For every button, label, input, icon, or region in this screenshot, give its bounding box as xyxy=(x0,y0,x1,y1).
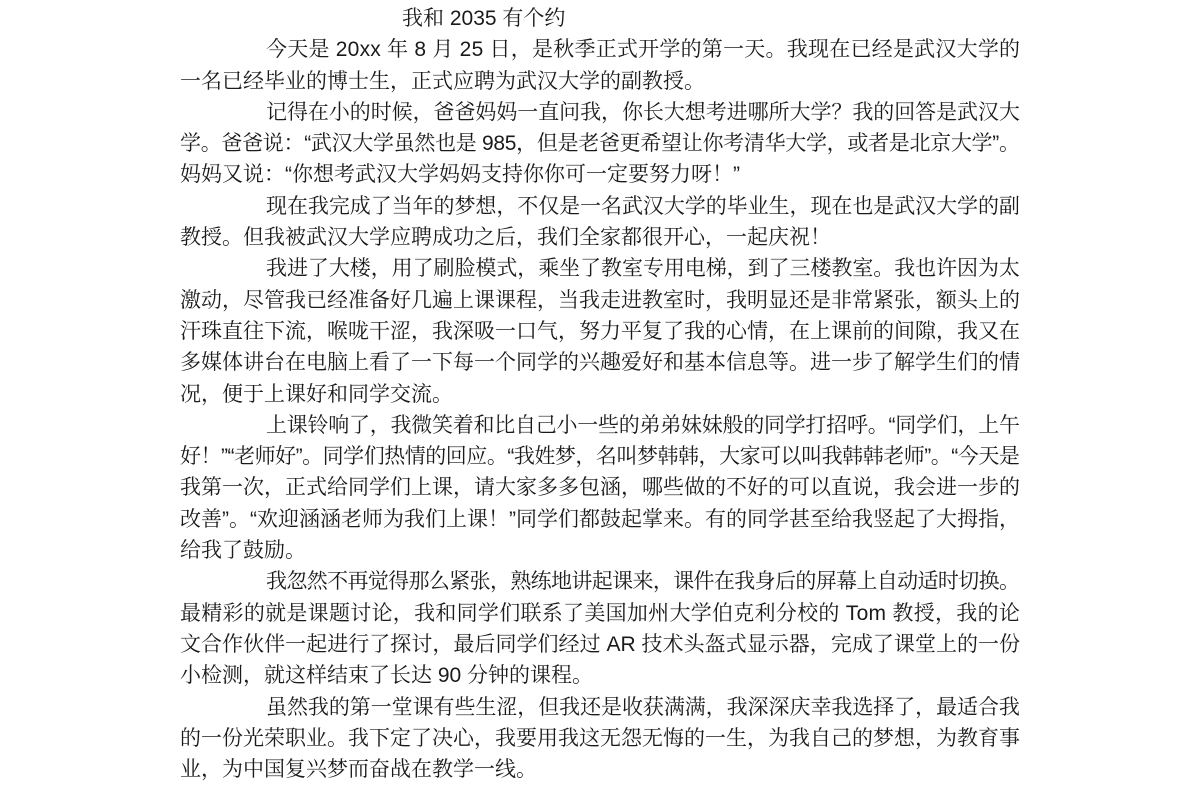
paragraph-line: 记得在小的时候，爸爸妈妈一直问我，你长大想考进哪所大学？我的回答是武汉大 xyxy=(180,97,1020,128)
paragraph-line-text: 我忽然不再觉得那么紧张，熟练地讲起课来，课件在我身后的屏幕上自动适时切换。 xyxy=(266,570,1019,593)
paragraph-line: 汗珠直往下流，喉咙干涩，我深吸一口气，努力平复了我的心情，在上课前的间隙，我又在 xyxy=(180,316,1020,347)
paragraph-line: 小检测，就这样结束了长达 90 分钟的课程。 xyxy=(180,660,1020,691)
paragraph-line: 给我了鼓励。 xyxy=(180,535,1020,566)
paragraph-line-text: 文合作伙伴一起进行了探讨，最后同学们经过 AR 技术头盔式显示器，完成了课堂上的… xyxy=(180,633,1020,656)
paragraph-line-text: 的一份光荣职业。我下定了决心，我要用我这无怨无悔的一生，为我自己的梦想，为教育事 xyxy=(180,727,1020,750)
paragraph-line: 改善”。“欢迎涵涵老师为我们上课！”同学们都鼓起掌来。有的同学甚至给我竖起了大拇… xyxy=(180,504,1020,535)
paragraph-line-text: 妈妈又说：“你想考武汉大学妈妈支持你你可一定要努力呀！” xyxy=(180,163,740,186)
paragraph-line-text: 今天是 20xx 年 8 月 25 日，是秋季正式开学的第一天。我现在已经是武汉… xyxy=(266,38,1020,61)
document-page: 我和 2035 有个约 今天是 20xx 年 8 月 25 日，是秋季正式开学的… xyxy=(0,0,1200,786)
paragraph-line: 我忽然不再觉得那么紧张，熟练地讲起课来，课件在我身后的屏幕上自动适时切换。 xyxy=(180,566,1020,597)
paragraph-line-text: 记得在小的时候，爸爸妈妈一直问我，你长大想考进哪所大学？我的回答是武汉大 xyxy=(266,101,1020,124)
paragraph-line-text: 最精彩的就是课题讨论，我和同学们联系了美国加州大学伯克利分校的 Tom 教授，我… xyxy=(180,602,1020,625)
paragraph-line-text: 上课铃响了，我微笑着和比自己小一些的弟弟妹妹般的同学打招呼。“同学们，上午 xyxy=(266,414,1020,437)
document-title: 我和 2035 有个约 xyxy=(180,3,1020,34)
paragraph-line: 虽然我的第一堂课有些生涩，但我还是收获满满，我深深庆幸我选择了，最适合我 xyxy=(180,692,1020,723)
paragraph-line: 教授。但我被武汉大学应聘成功之后，我们全家都很开心，一起庆祝！ xyxy=(180,222,1020,253)
paragraph-line-text: 我进了大楼，用了刷脸模式，乘坐了教室专用电梯，到了三楼教室。我也许因为太 xyxy=(266,257,1020,280)
paragraph-line-text: 好！”“老师好”。同学们热情的回应。“我姓梦，名叫梦韩韩，大家可以叫我韩韩老师”… xyxy=(180,445,1019,468)
paragraph-line-text: 现在我完成了当年的梦想，不仅是一名武汉大学的毕业生，现在也是武汉大学的副 xyxy=(266,195,1020,218)
paragraph-line-text: 小检测，就这样结束了长达 90 分钟的课程。 xyxy=(180,664,593,687)
paragraph-line: 好！”“老师好”。同学们热情的回应。“我姓梦，名叫梦韩韩，大家可以叫我韩韩老师”… xyxy=(180,441,1020,472)
paragraph-line-text: 激动，尽管我已经准备好几遍上课课程，当我走进教室时，我明显还是非常紧张，额头上的 xyxy=(180,289,1020,312)
paragraph-line: 学。爸爸说：“武汉大学虽然也是 985，但是老爸更希望让你考清华大学，或者是北京… xyxy=(180,128,1020,159)
paragraph-line-text: 学。爸爸说：“武汉大学虽然也是 985，但是老爸更希望让你考清华大学，或者是北京… xyxy=(180,132,1020,155)
paragraph-line-text: 我第一次，正式给同学们上课，请大家多多包涵，哪些做的不好的可以直说，我会进一步的 xyxy=(180,476,1020,499)
paragraph-line: 业，为中国复兴梦而奋战在教学一线。 xyxy=(180,754,1020,785)
paragraph-line-text: 多媒体讲台在电脑上看了一下每一个同学的兴趣爱好和基本信息等。进一步了解学生们的情 xyxy=(180,351,1020,374)
paragraph-line-text: 改善”。“欢迎涵涵老师为我们上课！”同学们都鼓起掌来。有的同学甚至给我竖起了大拇… xyxy=(180,508,1020,531)
document-body: 今天是 20xx 年 8 月 25 日，是秋季正式开学的第一天。我现在已经是武汉… xyxy=(180,34,1020,785)
paragraph-line-text: 业，为中国复兴梦而奋战在教学一线。 xyxy=(180,758,537,781)
paragraph-line-text: 况，便于上课好和同学交流。 xyxy=(180,383,453,406)
paragraph-line: 上课铃响了，我微笑着和比自己小一些的弟弟妹妹般的同学打招呼。“同学们，上午 xyxy=(180,410,1020,441)
paragraph-line: 况，便于上课好和同学交流。 xyxy=(180,379,1020,410)
paragraph-line: 最精彩的就是课题讨论，我和同学们联系了美国加州大学伯克利分校的 Tom 教授，我… xyxy=(180,598,1020,629)
paragraph-line: 现在我完成了当年的梦想，不仅是一名武汉大学的毕业生，现在也是武汉大学的副 xyxy=(180,191,1020,222)
paragraph-line: 今天是 20xx 年 8 月 25 日，是秋季正式开学的第一天。我现在已经是武汉… xyxy=(180,34,1020,65)
paragraph-line: 激动，尽管我已经准备好几遍上课课程，当我走进教室时，我明显还是非常紧张，额头上的 xyxy=(180,285,1020,316)
paragraph-line: 我进了大楼，用了刷脸模式，乘坐了教室专用电梯，到了三楼教室。我也许因为太 xyxy=(180,253,1020,284)
paragraph-line: 的一份光荣职业。我下定了决心，我要用我这无怨无悔的一生，为我自己的梦想，为教育事 xyxy=(180,723,1020,754)
paragraph-line-text: 汗珠直往下流，喉咙干涩，我深吸一口气，努力平复了我的心情，在上课前的间隙，我又在 xyxy=(180,320,1020,343)
paragraph-line-text: 教授。但我被武汉大学应聘成功之后，我们全家都很开心，一起庆祝！ xyxy=(180,226,831,249)
paragraph-line: 妈妈又说：“你想考武汉大学妈妈支持你你可一定要努力呀！” xyxy=(180,159,1020,190)
paragraph-line: 我第一次，正式给同学们上课，请大家多多包涵，哪些做的不好的可以直说，我会进一步的 xyxy=(180,472,1020,503)
paragraph-line: 文合作伙伴一起进行了探讨，最后同学们经过 AR 技术头盔式显示器，完成了课堂上的… xyxy=(180,629,1020,660)
paragraph-line: 多媒体讲台在电脑上看了一下每一个同学的兴趣爱好和基本信息等。进一步了解学生们的情 xyxy=(180,347,1020,378)
paragraph-line-text: 虽然我的第一堂课有些生涩，但我还是收获满满，我深深庆幸我选择了，最适合我 xyxy=(266,696,1020,719)
paragraph-line: 一名已经毕业的博士生，正式应聘为武汉大学的副教授。 xyxy=(180,66,1020,97)
paragraph-line-text: 给我了鼓励。 xyxy=(180,539,306,562)
paragraph-line-text: 一名已经毕业的博士生，正式应聘为武汉大学的副教授。 xyxy=(180,70,705,93)
